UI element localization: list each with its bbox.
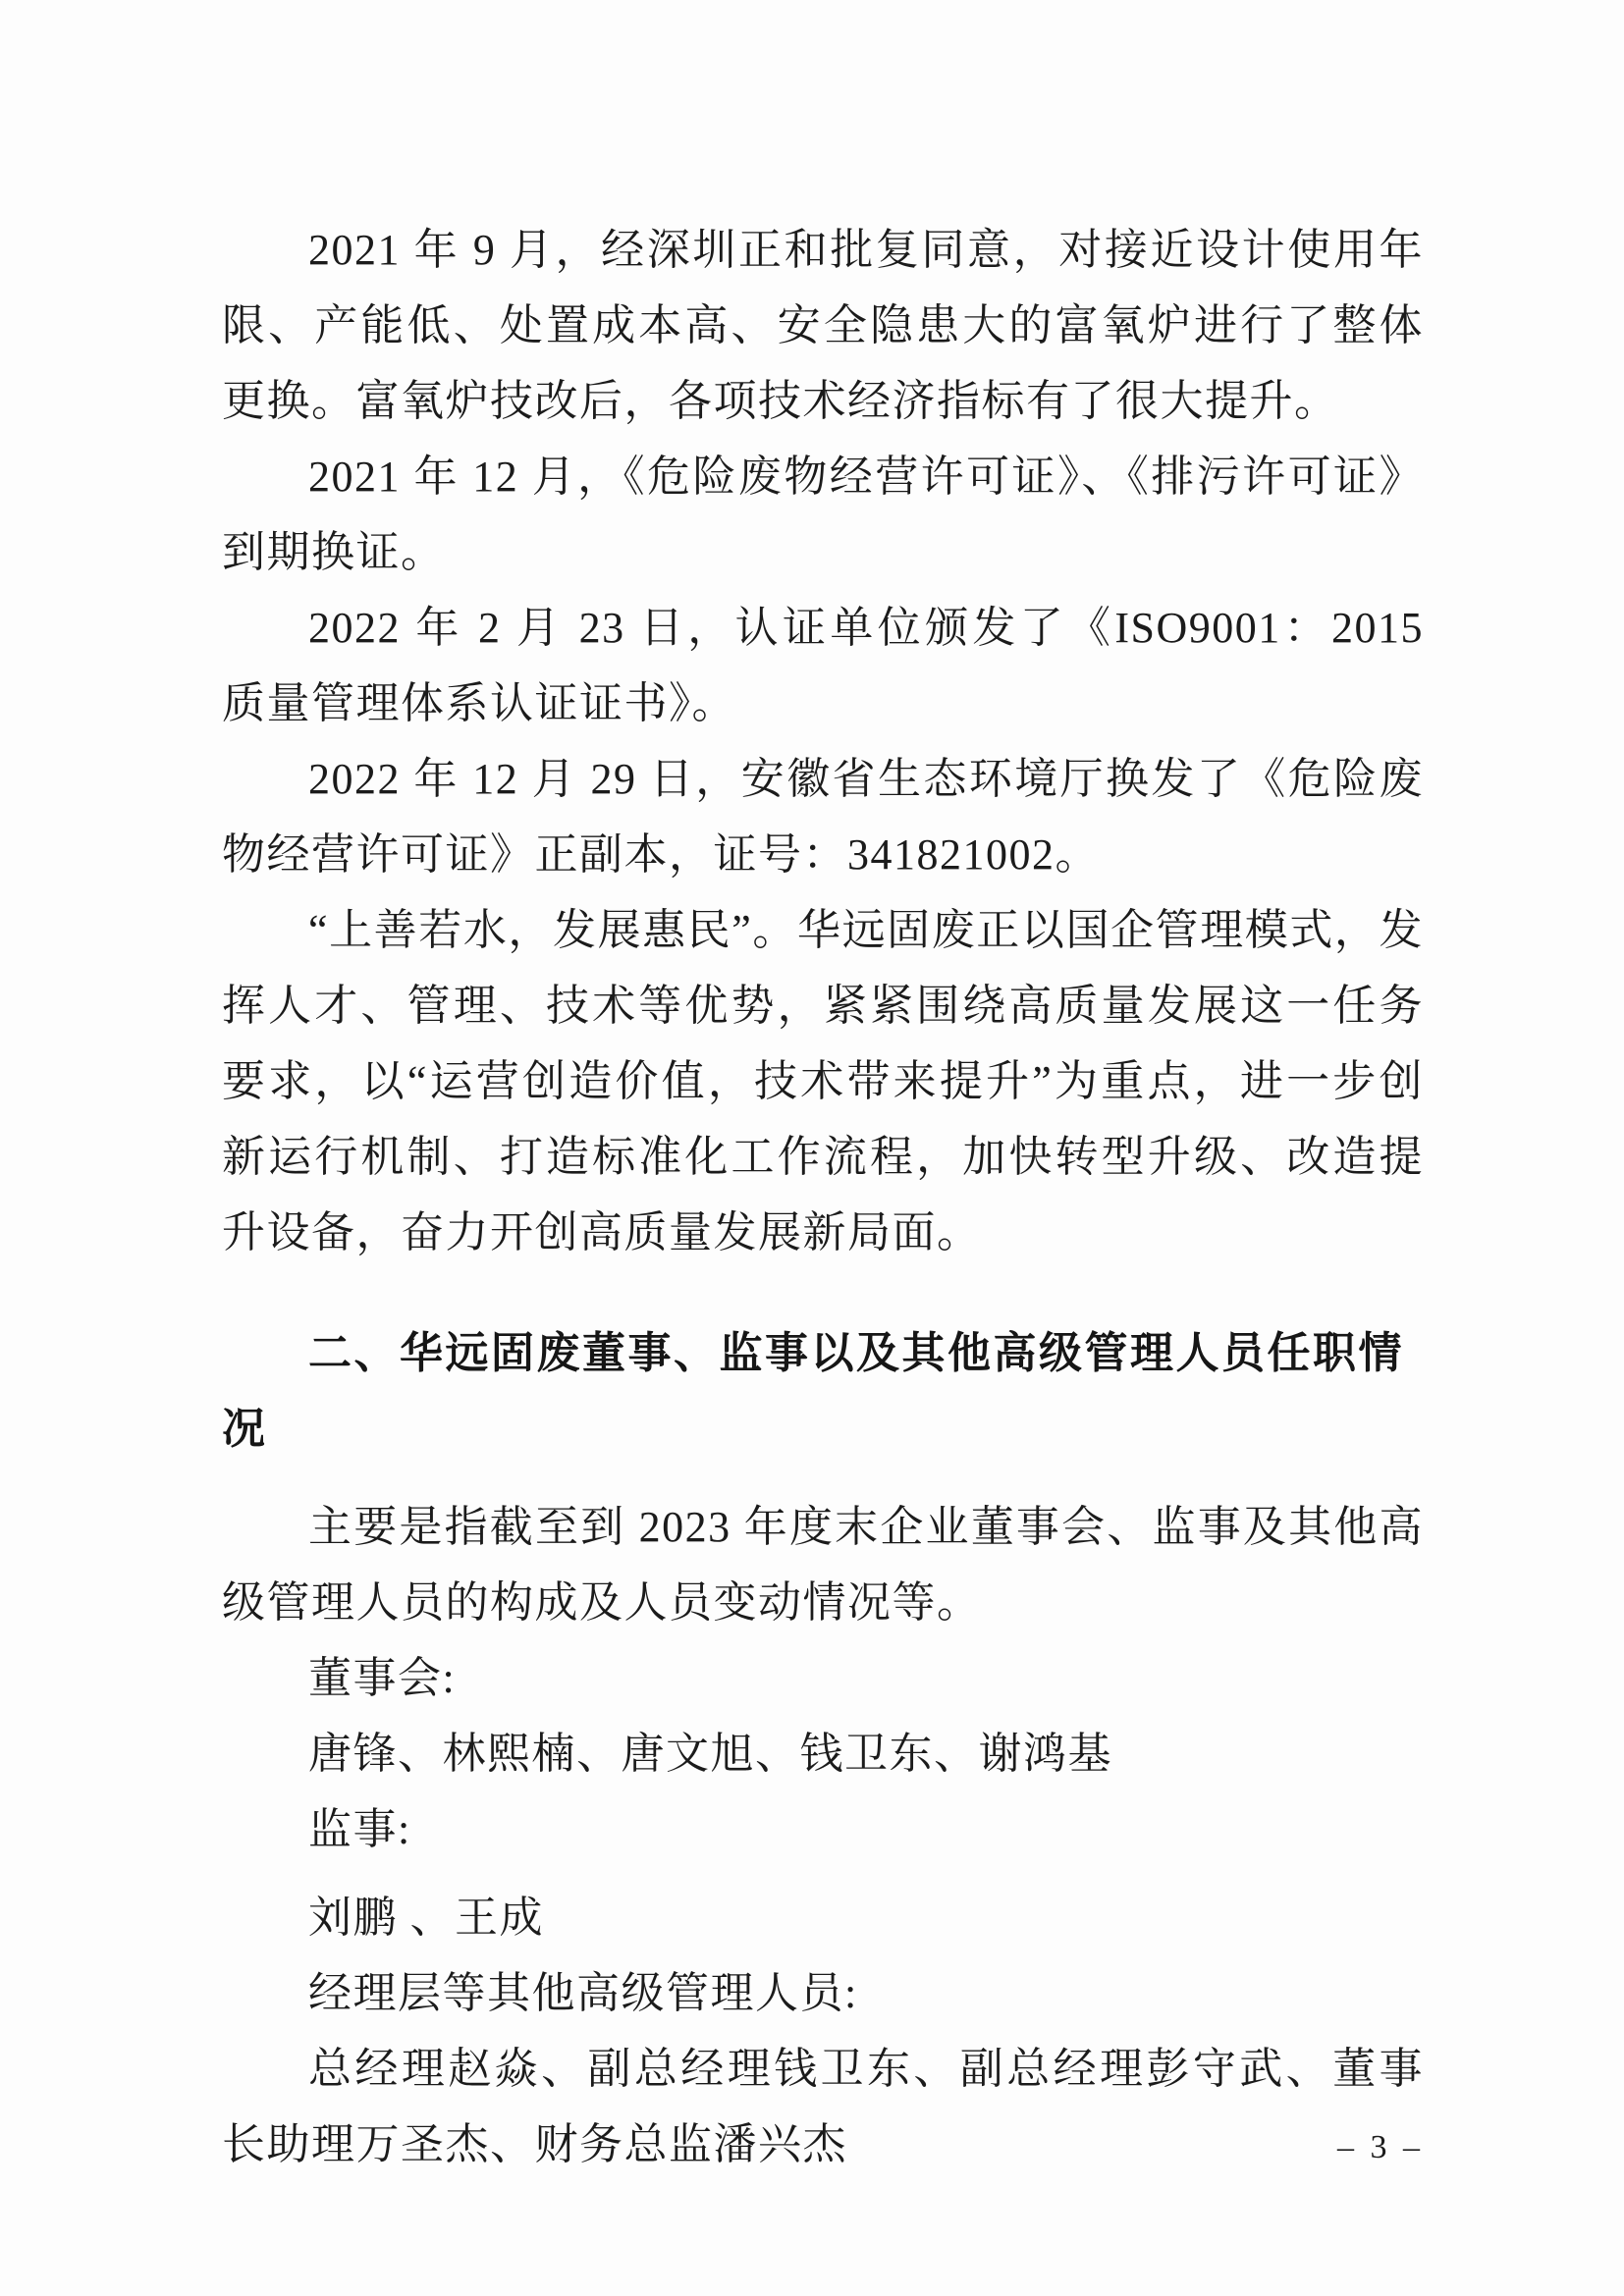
supervisor-members: 刘鹏 、王成 [222, 1880, 1424, 1955]
management-members: 总经理赵焱、副总经理钱卫东、副总经理彭守武、董事长助理万圣杰、财务总监潘兴杰 [222, 2031, 1424, 2182]
paragraph-furnace-upgrade: 2021 年 9 月，经深圳正和批复同意，对接近设计使用年限、产能低、处置成本高… [222, 212, 1424, 439]
management-label: 经理层等其他高级管理人员: [222, 1955, 1424, 2031]
supervisor-label: 监事: [222, 1791, 1424, 1867]
paragraph-permit-reissue: 2022 年 12 月 29 日，安徽省生态环境厅换发了《危险废物经营许可证》正… [222, 741, 1424, 892]
board-label: 董事会: [222, 1640, 1424, 1716]
paragraph-vision: “上善若水，发展惠民”。华远固废正以国企管理模式，发挥人才、管理、技术等优势，紧… [222, 892, 1424, 1270]
document-page: 2021 年 9 月，经深圳正和批复同意，对接近设计使用年限、产能低、处置成本高… [0, 0, 1624, 2296]
section-heading-directors-supervisors: 二、华远固废董事、监事以及其他高级管理人员任职情况 [222, 1315, 1424, 1467]
paragraph-license-renewal: 2021 年 12 月，《危险废物经营许可证》、《排污许可证》到期换证。 [222, 439, 1424, 590]
paragraph-iso-certificate: 2022 年 2 月 23 日，认证单位颁发了《ISO9001：2015 质量管… [222, 590, 1424, 741]
board-members: 唐锋、林熙楠、唐文旭、钱卫东、谢鸿基 [222, 1716, 1424, 1791]
paragraph-scope: 主要是指截至到 2023 年度末企业董事会、监事及其他高级管理人员的构成及人员变… [222, 1489, 1424, 1640]
page-number: – 3 – [1337, 2128, 1424, 2167]
